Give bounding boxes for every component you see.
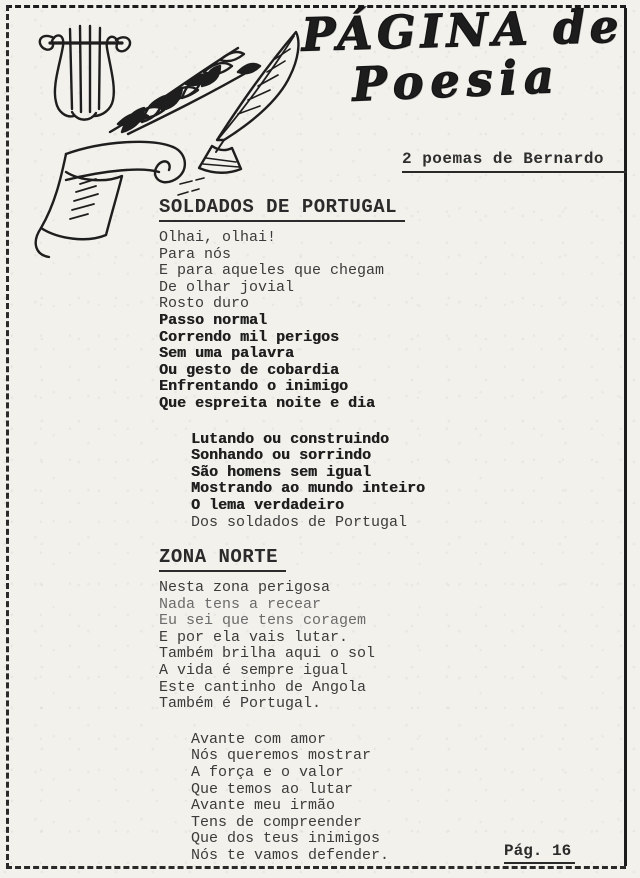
stanza: Olhai, olhai!Para nósE para aqueles que … [159,230,624,413]
page-border-bottom [6,866,626,869]
poem-line: Nesta zona perigosa [159,580,624,597]
poem-line: Rosto duro [159,296,624,313]
poem-line: Sem uma palavra [159,346,624,363]
poem-line: Nós queremos mostrar [191,748,624,765]
page-border-left [6,5,9,869]
quill-pen-icon [216,32,298,152]
poem-line: Ou gesto de cobardia [159,363,624,380]
poem-line: Olhai, olhai! [159,230,624,247]
stanza: Lutando ou construindoSonhando ou sorrin… [191,432,624,532]
poem-line: A força e o valor [191,765,624,782]
poem-title-zona-norte: ZONA NORTE [159,546,286,572]
byline: 2 poemas de Bernardo [402,150,627,173]
poem-line: Este cantinho de Angola [159,680,624,697]
poem-line: E por ela vais lutar. [159,630,624,647]
poem-zona-norte: ZONA NORTE Nesta zona perigosaNada tens … [159,546,624,865]
poem-line: Dos soldados de Portugal [191,515,624,532]
inkwell-icon [199,146,241,173]
poem-title-soldados: SOLDADOS DE PORTUGAL [159,196,405,222]
poem-line: Avante meu irmão [191,798,624,815]
poem-line: Também é Portugal. [159,696,624,713]
poem-line: E para aqueles que chegam [159,263,624,280]
poem-soldados: SOLDADOS DE PORTUGAL Olhai, olhai!Para n… [159,196,624,531]
poem-line: Tens de compreender [191,815,624,832]
scanned-poetry-page: PÁGINA de Poesia 2 poemas de Bernardo SO… [0,0,640,878]
poem-line: Eu sei que tens coragem [159,613,624,630]
poem-line: Também brilha aqui o sol [159,646,624,663]
poem-line: Avante com amor [191,732,624,749]
poem-line: O lema verdadeiro [191,498,624,515]
poem-line: São homens sem igual [191,465,624,482]
stanza: Nesta zona perigosaNada tens a recearEu … [159,580,624,713]
poem-line: Que temos ao lutar [191,782,624,799]
lyre-icon [40,26,130,120]
poem-line: Para nós [159,247,624,264]
poem-column: SOLDADOS DE PORTUGAL Olhai, olhai!Para n… [159,196,624,865]
poem-line: A vida é sempre igual [159,663,624,680]
poem-line: Passo normal [159,313,624,330]
page-border-right [624,8,627,866]
poem-line: Nada tens a recear [159,597,624,614]
page-number: Pág. 16 [504,842,575,864]
poem-line: Que espreita noite e dia [159,396,624,413]
poem-line: De olhar jovial [159,280,624,297]
poem-line: Lutando ou construindo [191,432,624,449]
poem-line: Sonhando ou sorrindo [191,448,624,465]
laurel-branch-icon [110,48,260,134]
poem-line: Mostrando ao mundo inteiro [191,481,624,498]
masthead: PÁGINA de Poesia [295,8,630,103]
page-title-line1: PÁGINA de [294,3,630,57]
poem-line: Enfrentando o inimigo [159,379,624,396]
poem-line: Correndo mil perigos [159,330,624,347]
